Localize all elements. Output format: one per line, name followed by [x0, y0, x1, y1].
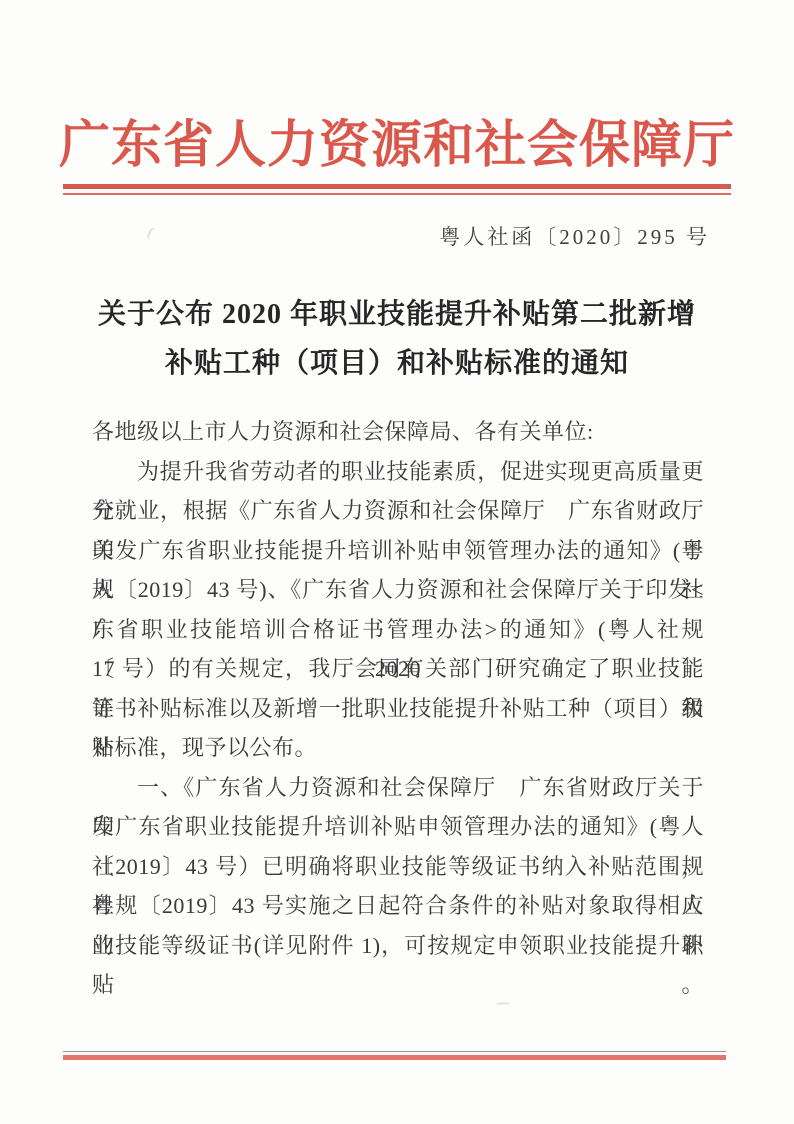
body-line: 印发广东省职业技能提升培训补贴申领管理办法的通知》(粤人社 [92, 531, 704, 571]
body-line: 贴标准，现予以公布。 [92, 728, 704, 768]
body-line: 业技能等级证书(详见附件 1)，可按规定申领职业技能提升补贴。 [92, 926, 704, 966]
doc-title: 关于公布 2020 年职业技能提升补贴第二批新增 补贴工种（项目）和补贴标准的通… [40, 290, 754, 388]
body-line: 一、《广东省人力资源和社会保障厅 广东省财政厅关于印 [92, 768, 704, 808]
body-line-salutation: 各地级以上市人力资源和社会保障局、各有关单位: [92, 412, 704, 452]
agency-masthead: 广东省人力资源和社会保障厅 [40, 103, 754, 177]
body-line: 17 号）的有关规定，我厅会同有关部门研究确定了职业技能等级 [92, 649, 704, 689]
body-line: 社规〔2019〕43 号实施之日起符合条件的补贴对象取得相应的职 [92, 886, 704, 926]
body-line: 证书补贴标准以及新增一批职业技能提升补贴工种（项目）和补 [92, 689, 704, 729]
footer-rule-thin [63, 1051, 726, 1052]
body-line: 规〔2019〕43 号)、《广东省人力资源和社会保障厅关于印发<广 [92, 570, 704, 610]
doc-title-line-1: 关于公布 2020 年职业技能提升补贴第二批新增 [40, 290, 754, 339]
body-line: 分就业，根据《广东省人力资源和社会保障厅 广东省财政厅关于 [92, 491, 704, 531]
doc-title-line-2: 补贴工种（项目）和补贴标准的通知 [40, 339, 754, 388]
footer-rule-thick [63, 1055, 726, 1060]
masthead-rule-thick [63, 184, 731, 189]
doc-body: 各地级以上市人力资源和社会保障局、各有关单位: 为提升我省劳动者的职业技能素质，… [92, 412, 704, 965]
doc-number: 粤人社函〔2020〕295 号 [439, 221, 710, 251]
scan-artifact [496, 1002, 510, 1005]
scan-artifact [146, 226, 163, 244]
masthead-rule-thin [63, 193, 731, 195]
body-line: 为提升我省劳动者的职业技能素质，促进实现更高质量更充 [92, 452, 704, 492]
document-page: 广东省人力资源和社会保障厅 粤人社函〔2020〕295 号 关于公布 2020 … [0, 0, 794, 1124]
body-line: 发广东省职业技能提升培训补贴申领管理办法的通知》(粤人社规 [92, 807, 704, 847]
body-line: 东省职业技能培训合格证书管理办法>的通知》(粤人社规〔2020〕 [92, 610, 704, 650]
body-line: 〔2019〕43 号）已明确将职业技能等级证书纳入补贴范围，粤人 [92, 847, 704, 887]
